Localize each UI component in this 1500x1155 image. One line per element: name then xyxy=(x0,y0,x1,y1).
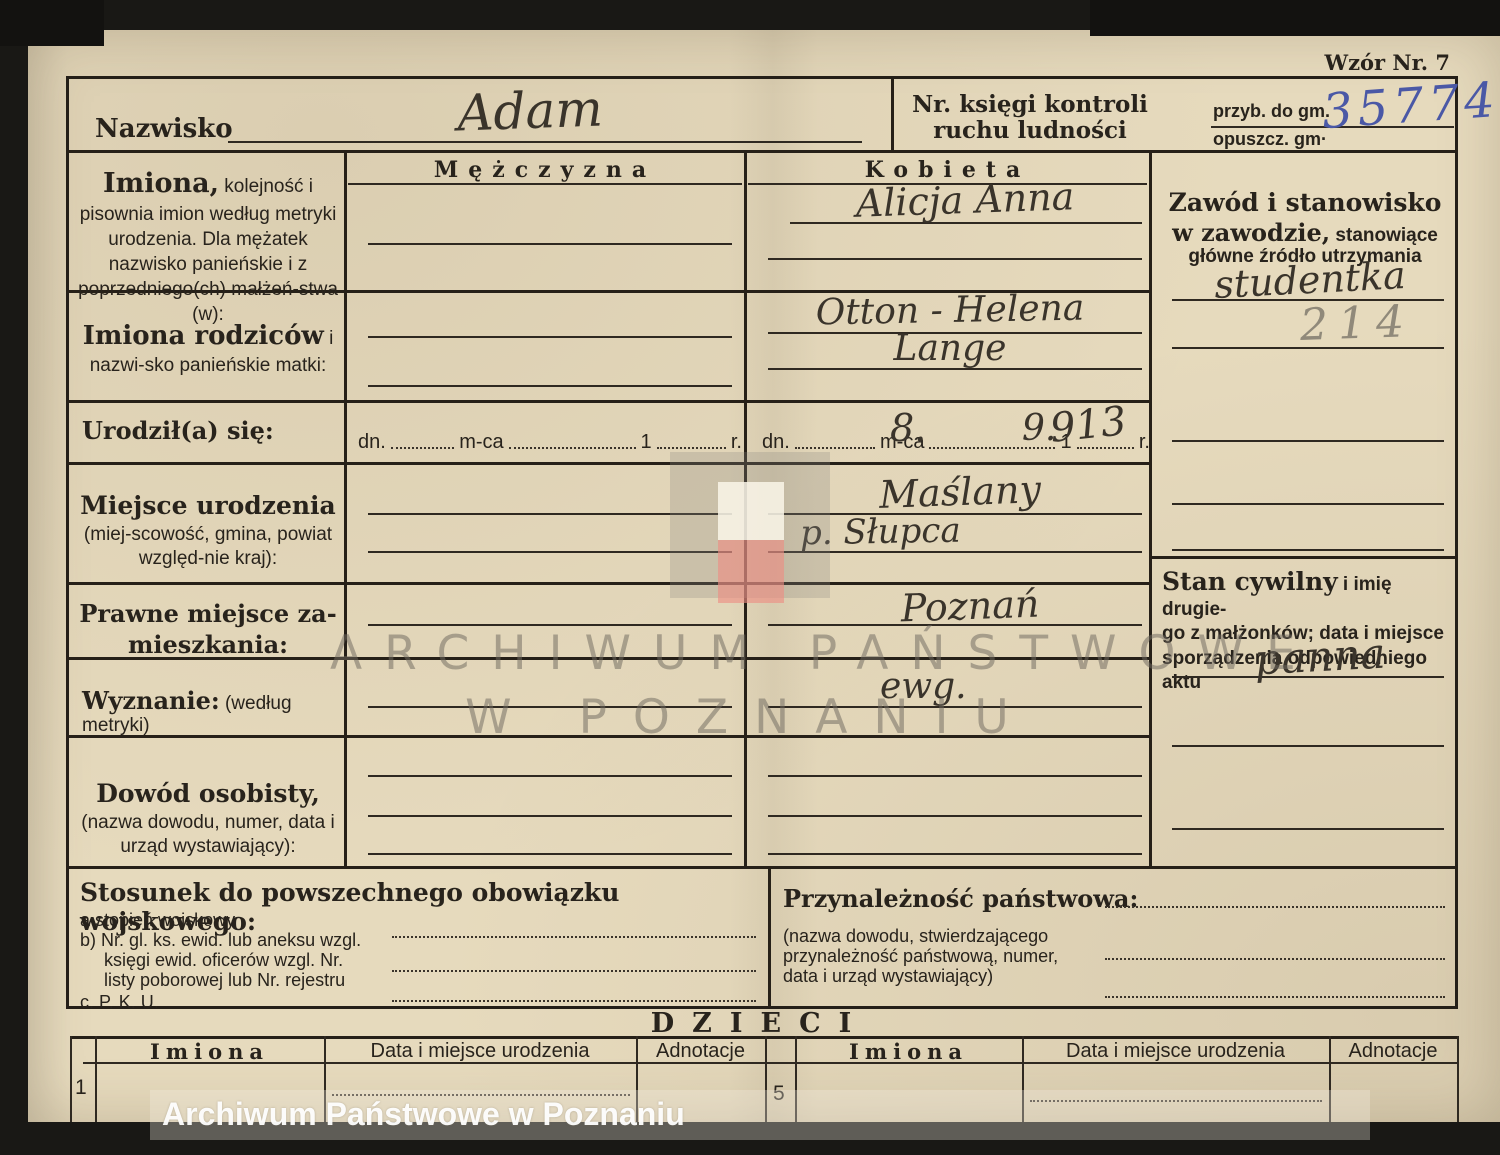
r-label: r. xyxy=(731,431,742,454)
r-label: r. xyxy=(1139,431,1150,454)
children-header-data-left: Data i miejsce urodzenia xyxy=(324,1040,636,1063)
left-label: opuszcz. gm· xyxy=(1213,129,1327,150)
dotted-line xyxy=(391,447,454,449)
occupation-label-line2: w zawodzie, stanowiące xyxy=(1160,218,1450,247)
dotted-line xyxy=(392,970,756,972)
occupation-label-line1: Zawód i stanowisko xyxy=(1160,188,1450,217)
marital-status-label-bold: Stan cywilny xyxy=(1162,567,1338,596)
writing-line xyxy=(768,258,1142,260)
writing-line xyxy=(1172,503,1444,505)
watermark-center-line1: ARCHIWUM PAŃSTWOWE xyxy=(330,626,1170,681)
label-column-divider xyxy=(344,150,347,868)
military-item-b1: b) Nr. gl. ks. ewid. lub aneksu wzgl. xyxy=(80,930,361,951)
surname-line xyxy=(228,141,862,143)
children-header-adnotacje-left: Adnotacje xyxy=(636,1040,765,1063)
field-label-imiona: Imiona, kolejność i pisownia imion wedłu… xyxy=(78,166,338,327)
field-label-miejsce-rest: (miej-scowość, gmina, powiat względ-nie … xyxy=(84,524,332,570)
military-item-b2: księgi ewid. oficerów wzgl. Nr. xyxy=(104,950,343,971)
writing-line xyxy=(1172,745,1444,747)
dotted-line xyxy=(392,936,756,938)
scan-shadow-topleft xyxy=(0,0,104,46)
children-header-imiona-right: Imiona xyxy=(795,1039,1022,1064)
man-header-underline xyxy=(348,183,742,185)
writing-line xyxy=(368,385,732,387)
military-item-a: a stopień wojskowy xyxy=(80,910,235,931)
form-model-number: Wzór Nr. 7 xyxy=(1290,50,1450,75)
dotted-line xyxy=(795,447,875,449)
surname-handwritten: Adam xyxy=(359,76,701,146)
citizenship-sub2: przynależność państwową, numer, xyxy=(783,946,1058,967)
field-label-wyznanie: Wyznanie: (według metryki) xyxy=(82,686,342,737)
handwritten-occupation-number: 214 xyxy=(1299,296,1415,351)
children-row-number-1: 1 xyxy=(75,1076,87,1100)
field-label-rodzice: Imiona rodziców i nazwi-sko panieńskie m… xyxy=(78,320,338,378)
birthdate-row-man: dn. m-ca 1 r. xyxy=(358,424,742,454)
field-label-miejsce-lead: Miejsce urodzenia xyxy=(80,491,336,520)
occupation-label-line2-bold: w zawodzie, xyxy=(1172,218,1330,247)
citizenship-sub3: data i urząd wystawiający) xyxy=(783,966,993,987)
writing-line xyxy=(1172,440,1444,442)
children-header-adnotacje-right: Adnotacje xyxy=(1329,1040,1457,1063)
mca-label: m-ca xyxy=(459,431,503,454)
scanned-registration-card: Wzór Nr. 7 Nazwisko Adam Nr. księgi kont… xyxy=(0,0,1500,1155)
dotted-line xyxy=(509,447,636,449)
dotted-line xyxy=(1105,958,1445,960)
writing-line xyxy=(368,775,732,777)
dn-label: dn. xyxy=(358,431,386,454)
children-section-title: DZIECI xyxy=(590,1008,930,1039)
column-header-man: Mężczyzna xyxy=(348,157,742,183)
occupation-label-line2-rest: stanowiące xyxy=(1330,225,1438,246)
writing-line xyxy=(768,853,1142,855)
field-label-dowod-lead: Dowód osobisty, xyxy=(96,779,320,808)
field-label-prawne: Prawne miejsce za-mieszkania: xyxy=(78,598,338,660)
field-label-urodzil: Urodził(a) się: xyxy=(82,416,274,445)
writing-line xyxy=(368,853,732,855)
handwritten-birth-year: 913 xyxy=(1048,398,1129,452)
field-label-miejsce: Miejsce urodzenia (miej-scowość, gmina, … xyxy=(78,490,338,572)
citizenship-title: Przynależność państwowa: xyxy=(783,884,1138,913)
handwritten-residence: Poznań xyxy=(849,580,1090,632)
woman-right-divider xyxy=(1149,150,1152,868)
right-column-divider xyxy=(1149,556,1458,559)
dotted-line xyxy=(1105,906,1445,908)
writing-line xyxy=(368,336,732,338)
writing-line xyxy=(768,815,1142,817)
children-table-vline xyxy=(70,1036,72,1122)
field-label-rodzice-lead: Imiona rodziców xyxy=(83,321,324,351)
dotted-line xyxy=(392,1000,756,1002)
writing-line xyxy=(1172,828,1444,830)
watermark-bottom-text: Archiwum Państwowe w Poznaniu xyxy=(162,1096,685,1133)
arrived-label: przyb. do gm. xyxy=(1213,101,1330,122)
control-book-label: Nr. księgi kontroli ruchu ludności xyxy=(905,92,1155,145)
field-label-dowod-rest: (nazwa dowodu, numer, data i urząd wysta… xyxy=(81,812,335,858)
row-divider xyxy=(66,462,1149,465)
citizenship-sub1: (nazwa dowodu, stwierdzającego xyxy=(783,926,1048,947)
dotted-line xyxy=(657,447,726,449)
surname-label: Nazwisko xyxy=(95,114,233,144)
children-header-data-right: Data i miejsce urodzenia xyxy=(1022,1040,1329,1063)
control-book-label-line1: Nr. księgi kontroli xyxy=(905,92,1155,118)
writing-line xyxy=(768,775,1142,777)
military-item-b3: listy poborowej lub Nr. rejestru xyxy=(104,970,345,991)
handwritten-parents: Otton - Helena xyxy=(780,287,1121,334)
header-bottom-border xyxy=(66,150,1458,153)
children-table-vline xyxy=(1457,1036,1459,1122)
writing-line xyxy=(368,243,732,245)
handwritten-mother-maiden: Lange xyxy=(800,328,1100,369)
handwritten-birth-day: 8. xyxy=(890,406,926,450)
control-book-label-line2: ruchu ludności xyxy=(905,118,1155,144)
writing-line xyxy=(368,815,732,817)
field-label-imiona-lead: Imiona, xyxy=(103,168,219,199)
watermark-center-line2: W POZNANIU xyxy=(330,690,1170,745)
row-divider xyxy=(66,400,1149,403)
field-label-wyznanie-lead: Wyznanie: xyxy=(82,686,220,715)
military-item-c: c. P. K. U. xyxy=(80,992,159,1013)
children-header-imiona-left: Imiona xyxy=(95,1039,324,1064)
field-label-dowod: Dowód osobisty, (nazwa dowodu, numer, da… xyxy=(78,778,338,860)
dotted-line xyxy=(1105,996,1445,998)
writing-line xyxy=(1172,549,1444,551)
year-prefix: 1 xyxy=(641,431,652,454)
watermark-flag-red xyxy=(718,540,784,603)
header-divider xyxy=(891,79,894,150)
main-military-divider xyxy=(66,866,1458,869)
watermark-flag-white xyxy=(718,482,784,540)
dn-label: dn. xyxy=(762,431,790,454)
scan-shadow-topright xyxy=(1090,0,1500,36)
